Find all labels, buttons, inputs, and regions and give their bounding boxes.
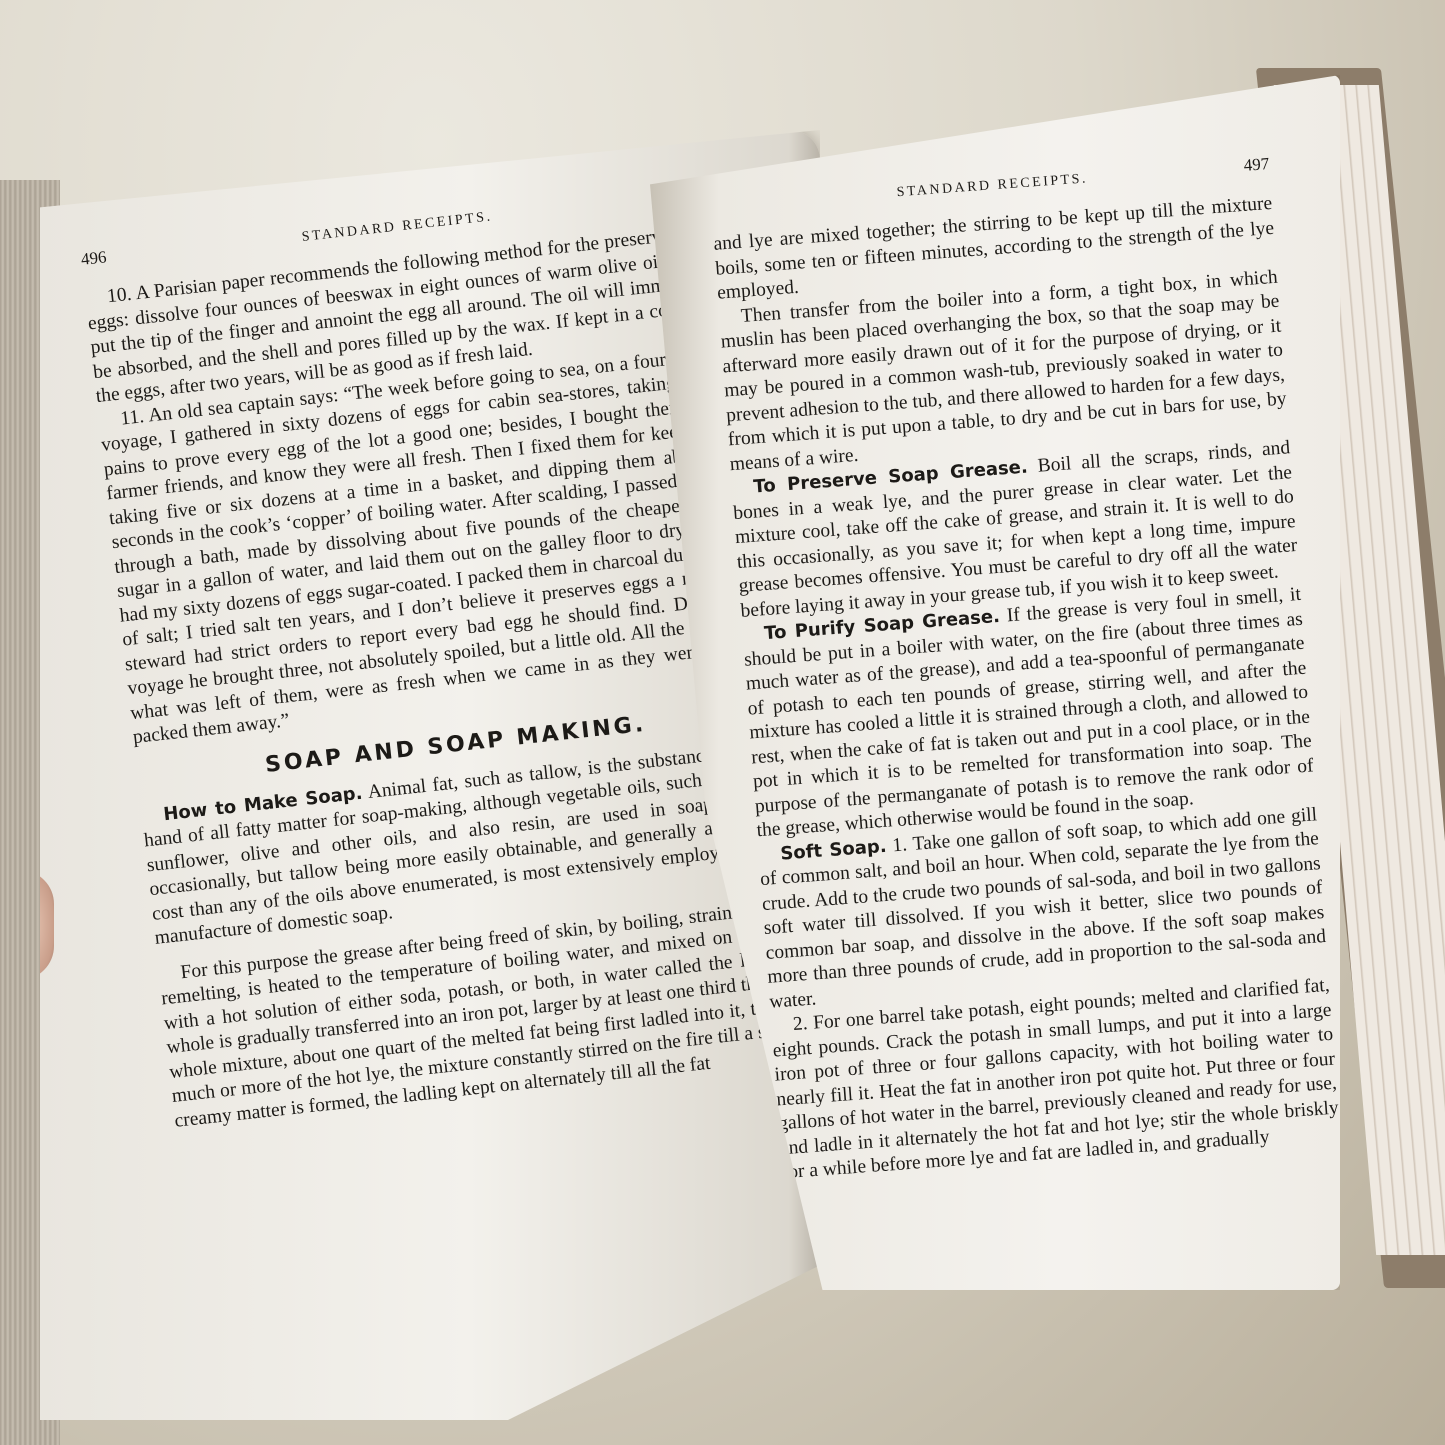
right-page-text: STANDARD RECEIPTS. 497 and lye are mixed… [710, 154, 1341, 1186]
purify-soap-grease-paragraph: To Purify Soap Grease. If the grease is … [741, 583, 1316, 844]
running-head-title: STANDARD RECEIPTS. [301, 209, 493, 246]
running-head-title: STANDARD RECEIPTS. [896, 171, 1088, 201]
page-number-497: 497 [1243, 154, 1270, 176]
page-number-496: 496 [80, 247, 108, 270]
